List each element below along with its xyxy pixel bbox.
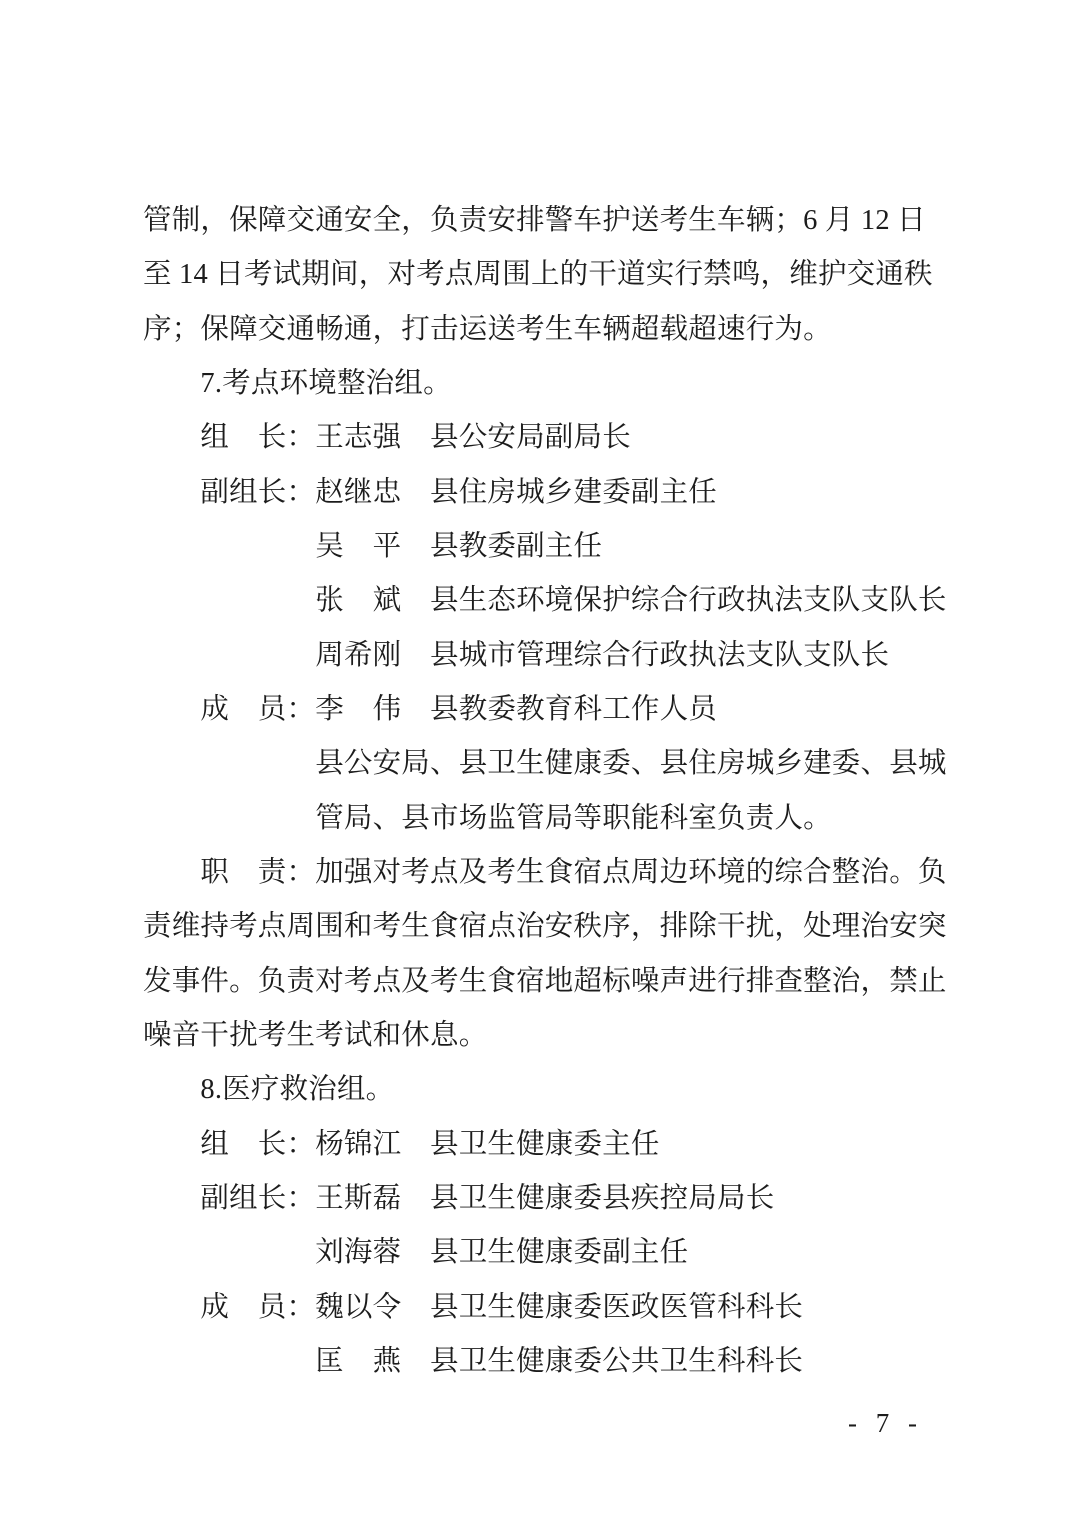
s7-members-line-2: 县公安局、县卫生健康委、县住房城乡建委、县城 — [143, 737, 963, 791]
s7-deputy-leader-line-3: 张 斌 县生态环境保护综合行政执法支队支队长 — [143, 574, 963, 628]
para-traffic-duty-line-1: 管制，保障交通安全，负责安排警车护送考生车辆；6 月 12 日 — [143, 194, 963, 248]
s7-duty-paragraph-line-2: 责维持考点周围和考生食宿点治安秩序，排除干扰，处理治安突 — [143, 900, 963, 954]
s7-deputy-leader-line-1: 副组长：赵继忠 县住房城乡建委副主任 — [143, 466, 963, 520]
section-8-heading: 8.医疗救治组。 — [143, 1063, 963, 1117]
section-7-heading: 7.考点环境整治组。 — [143, 357, 963, 411]
s7-duty-paragraph-line-1: 职 责：加强对考点及考生食宿点周边环境的综合整治。负 — [143, 846, 963, 900]
s7-members-line-3: 管局、县市场监管局等职能科室负责人。 — [143, 792, 963, 846]
document-body: 管制，保障交通安全，负责安排警车护送考生车辆；6 月 12 日 至 14 日考试… — [143, 194, 963, 1389]
s7-duty-paragraph-line-3: 发事件。负责对考点及考生食宿地超标噪声进行排查整治，禁止 — [143, 955, 963, 1009]
para-traffic-duty-line-2: 至 14 日考试期间，对考点周围上的干道实行禁鸣，维护交通秩 — [143, 248, 963, 302]
s8-deputy-leader-line-2: 刘海蓉 县卫生健康委副主任 — [143, 1226, 963, 1280]
document-page: 管制，保障交通安全，负责安排警车护送考生车辆；6 月 12 日 至 14 日考试… — [0, 0, 1074, 1520]
s7-deputy-leader-line-2: 吴 平 县教委副主任 — [143, 520, 963, 574]
s7-members-line-1: 成 员：李 伟 县教委教育科工作人员 — [143, 683, 963, 737]
s8-members-line-1: 成 员：魏以令 县卫生健康委医政医管科科长 — [143, 1281, 963, 1335]
s8-members-line-2: 匡 燕 县卫生健康委公共卫生科科长 — [143, 1335, 963, 1389]
s7-duty-paragraph-line-4: 噪音干扰考生考试和休息。 — [143, 1009, 963, 1063]
page-number: - 7 - — [848, 1408, 923, 1439]
s8-deputy-leader-line-1: 副组长：王斯磊 县卫生健康委县疾控局局长 — [143, 1172, 963, 1226]
s8-leader-line: 组 长：杨锦江 县卫生健康委主任 — [143, 1118, 963, 1172]
s7-deputy-leader-line-4: 周希刚 县城市管理综合行政执法支队支队长 — [143, 629, 963, 683]
s7-leader-line: 组 长：王志强 县公安局副局长 — [143, 411, 963, 465]
para-traffic-duty-line-3: 序；保障交通畅通，打击运送考生车辆超载超速行为。 — [143, 303, 963, 357]
